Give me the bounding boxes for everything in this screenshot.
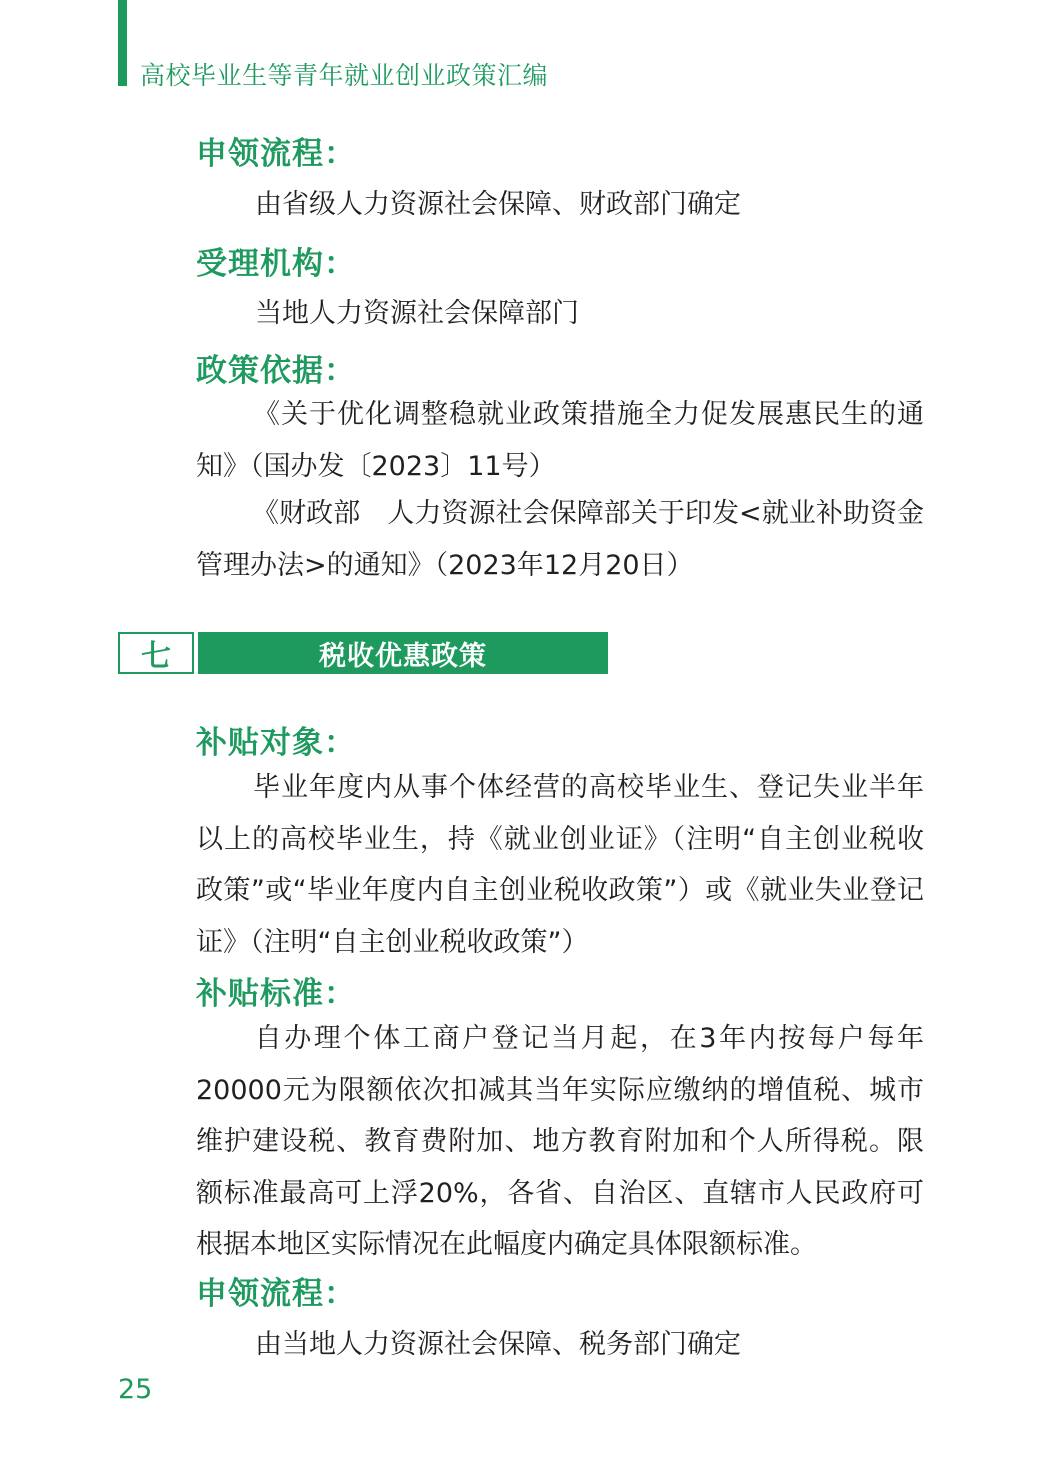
apply-process-heading-2: 申领流程： — [196, 1268, 356, 1313]
policy-basis-item-1: 《关于优化调整稳就业政策措施全力促发展惠民生的通知》（国办发〔2023〕11号） — [196, 389, 924, 492]
apply-process-text-2: 由当地人力资源社会保障、税务部门确定 — [255, 1322, 741, 1361]
section-title-bar: 税收优惠政策 — [198, 632, 608, 674]
apply-process-text: 由省级人力资源社会保障、财政部门确定 — [255, 182, 741, 221]
policy-basis-item-2: 《财政部 人力资源社会保障部关于印发<就业补助资金管理办法>的通知》（2023年… — [196, 488, 924, 591]
subsidy-target-text: 毕业年度内从事个体经营的高校毕业生、登记失业半年以上的高校毕业生，持《就业创业证… — [196, 762, 924, 968]
subsidy-target-heading: 补贴对象： — [196, 717, 356, 762]
policy-basis-heading: 政策依据： — [196, 345, 356, 390]
subsidy-standard-text: 自办理个体工商户登记当月起，在3年内按每户每年20000元为限额依次扣减其当年实… — [196, 1013, 924, 1271]
agency-text: 当地人力资源社会保障部门 — [255, 291, 579, 330]
apply-process-heading: 申领流程： — [196, 128, 356, 173]
subsidy-standard-heading: 补贴标准： — [196, 968, 356, 1013]
header-accent-bar — [118, 0, 127, 86]
running-header-title: 高校毕业生等青年就业创业政策汇编 — [140, 56, 548, 92]
page-number: 25 — [118, 1374, 152, 1405]
section-number-box: 七 — [118, 632, 194, 674]
agency-heading: 受理机构： — [196, 238, 356, 283]
